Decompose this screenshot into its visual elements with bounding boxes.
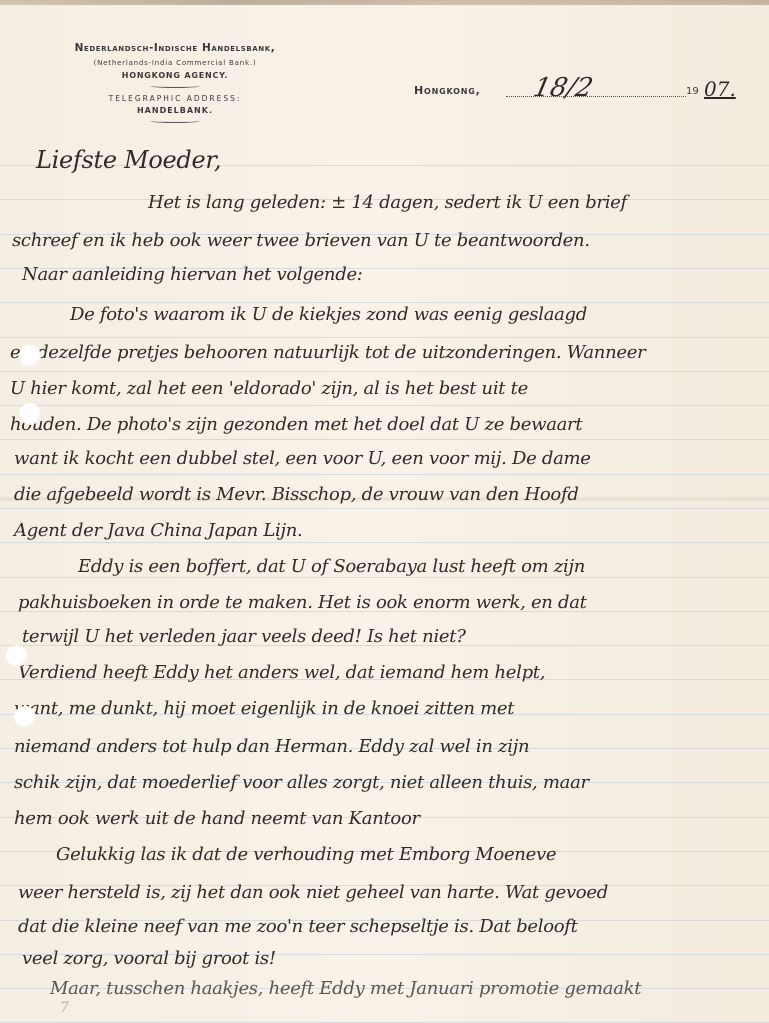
- ruled-line: [0, 337, 769, 338]
- salutation: Liefste Moeder,: [36, 146, 769, 174]
- letter-line: want, me dunkt, hij moet eigenlijk in de…: [14, 698, 769, 719]
- ornament-divider: [150, 84, 200, 88]
- punch-hole: [19, 345, 41, 367]
- letter-line: dat die kleine neef van me zoo'n teer sc…: [18, 916, 769, 937]
- letter-line: Maar, tusschen haakjes, heeft Eddy met J…: [50, 978, 769, 999]
- letter-line: U hier komt, zal het een 'eldorado' zijn…: [10, 378, 769, 399]
- ruled-line: [0, 474, 769, 475]
- letter-line: weer hersteld is, zij het dan ook niet g…: [18, 882, 769, 903]
- ruled-line: [0, 405, 769, 406]
- letter-line: Verdiend heeft Eddy het anders wel, dat …: [18, 662, 769, 683]
- letter-line: schik zijn, dat moederlief voor alles zo…: [14, 772, 769, 793]
- letter-line: en dezelfde pretjes behooren natuurlijk …: [10, 342, 769, 363]
- letter-line: Naar aanleiding hiervan het volgende:: [22, 264, 769, 285]
- ruled-line: [0, 508, 769, 509]
- paper-top-edge: [0, 0, 769, 5]
- punch-hole: [6, 645, 28, 667]
- letter-line: niemand anders tot hulp dan Herman. Eddy…: [14, 736, 769, 757]
- place-name: Hongkong,: [414, 84, 481, 97]
- letter-line: veel zorg, vooral bij groot is!: [22, 948, 769, 969]
- letter-line: Het is lang geleden: ± 14 dagen, sedert …: [148, 192, 769, 213]
- pencil-mark: 7: [60, 1000, 69, 1016]
- punch-hole: [19, 403, 41, 425]
- letterhead: Nederlandsch-Indische Handelsbank, (Neth…: [30, 42, 320, 123]
- letter-line: want ik kocht een dubbel stel, een voor …: [14, 448, 769, 469]
- ruled-line: [0, 371, 769, 372]
- letter-line: Eddy is een boffert, dat U of Soerabaya …: [78, 556, 769, 577]
- ruled-line: [0, 302, 769, 303]
- bank-name-english: (Netherlands-India Commercial Bank.): [30, 59, 320, 67]
- year-prefix: 19: [686, 86, 699, 97]
- letter-line: De foto's waarom ik U de kiekjes zond wa…: [70, 304, 769, 325]
- bank-name: Nederlandsch-Indische Handelsbank,: [30, 42, 320, 54]
- letter-line: Agent der Java China Japan Lijn.: [14, 520, 769, 541]
- dateline: Hongkong, 18/2 19 07.: [414, 81, 754, 103]
- telegraphic-address: HANDELBANK.: [30, 106, 320, 115]
- agency-name: HONGKONG AGENCY.: [30, 71, 320, 80]
- letter-line: hem ook werk uit de hand neemt van Kanto…: [14, 808, 769, 829]
- ruled-line: [0, 542, 769, 543]
- letter-line: Gelukkig las ik dat de verhouding met Em…: [56, 844, 769, 865]
- telegraphic-label: TELEGRAPHIC ADDRESS:: [30, 94, 320, 103]
- letter-line: die afgebeeld wordt is Mevr. Bisschop, d…: [14, 484, 769, 505]
- ruled-line: [0, 439, 769, 440]
- letter-line: pakhuisboeken in orde te maken. Het is o…: [18, 592, 769, 613]
- letter-line: houden. De photo's zijn gezonden met het…: [10, 414, 769, 435]
- handwritten-date: 18/2: [531, 73, 596, 103]
- letter-line: terwijl U het verleden jaar veels deed! …: [22, 626, 769, 647]
- ruled-line: [0, 577, 769, 578]
- punch-hole: [14, 706, 36, 728]
- handwritten-year: 07.: [704, 77, 736, 101]
- letter-line: schreef en ik heb ook weer twee brieven …: [12, 230, 769, 251]
- ornament-divider: [150, 119, 200, 123]
